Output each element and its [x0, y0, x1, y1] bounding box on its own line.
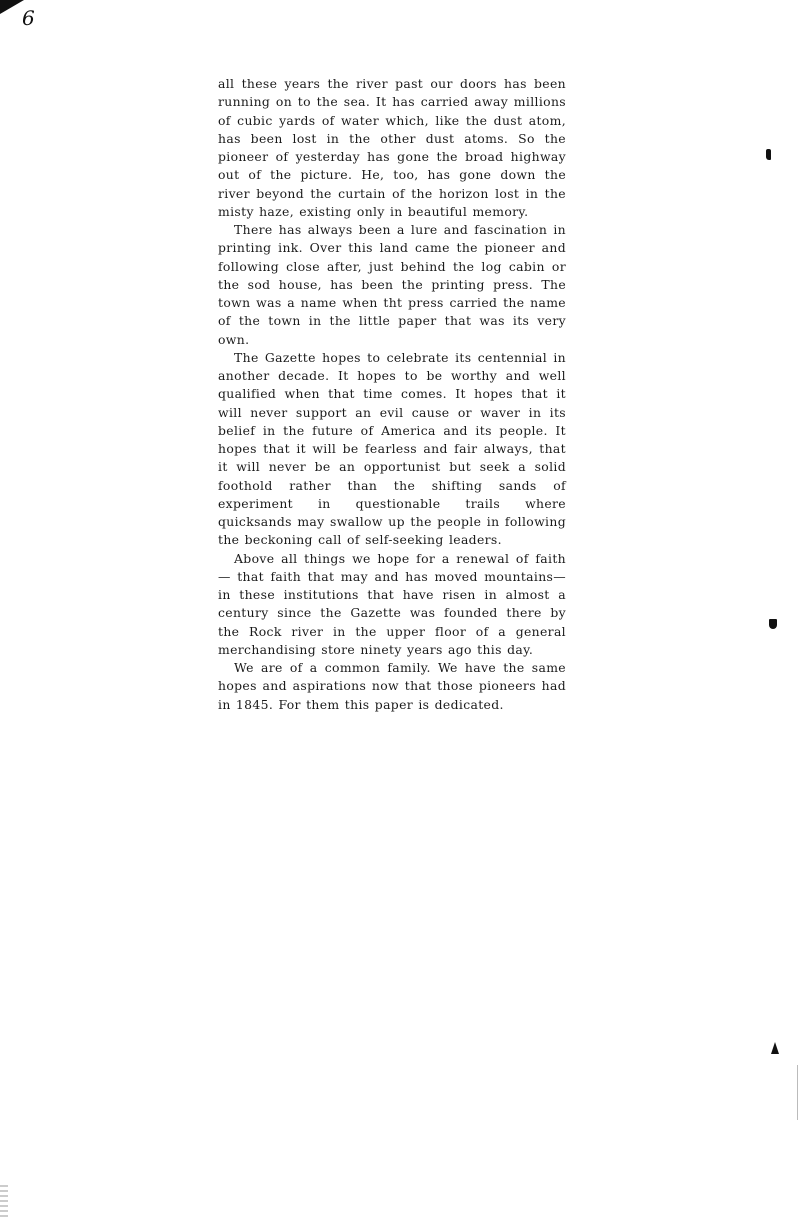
scan-corner-shadow [0, 0, 24, 14]
paragraph-renewal-of-faith: Above all things we hope for a renewal o… [218, 550, 566, 660]
binding-hole-mark-icon [769, 619, 777, 629]
scan-speckle [0, 1185, 8, 1220]
scan-edge-line [797, 1065, 798, 1120]
binding-hole-mark-icon [771, 1042, 779, 1054]
paragraph-centennial: The Gazette hopes to celebrate its cente… [218, 349, 566, 550]
binding-hole-mark-icon [766, 149, 771, 160]
article-column: all these years the river past our doors… [218, 75, 566, 714]
handwritten-page-number: 6 [22, 6, 35, 30]
paragraph-dedication: We are of a common family. We have the s… [218, 659, 566, 714]
paragraph-river: all these years the river past our doors… [218, 75, 566, 221]
paragraph-printing-ink: There has always been a lure and fascina… [218, 221, 566, 349]
